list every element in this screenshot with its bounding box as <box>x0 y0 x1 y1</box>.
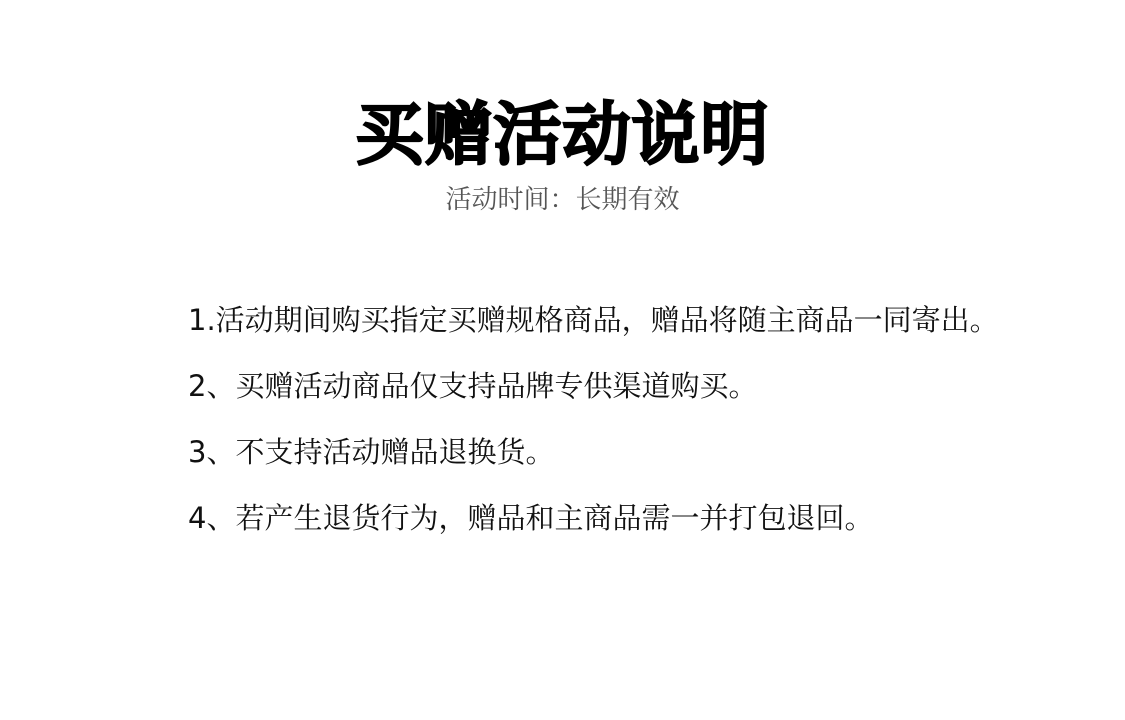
activity-time-text: 活动时间：长期有效 <box>0 182 1125 218</box>
rule-item-2: 2、买赠活动商品仅支持品牌专供渠道购买。 <box>188 364 999 408</box>
page-title: 买赠活动说明 <box>0 96 1125 176</box>
rules-list: 1.活动期间购买指定买赠规格商品，赠品将随主商品一同寄出。 2、买赠活动商品仅支… <box>188 298 999 562</box>
rule-item-3: 3、不支持活动赠品退换货。 <box>188 430 999 474</box>
rule-item-4: 4、若产生退货行为，赠品和主商品需一并打包退回。 <box>188 496 999 540</box>
rule-item-1: 1.活动期间购买指定买赠规格商品，赠品将随主商品一同寄出。 <box>188 298 999 342</box>
